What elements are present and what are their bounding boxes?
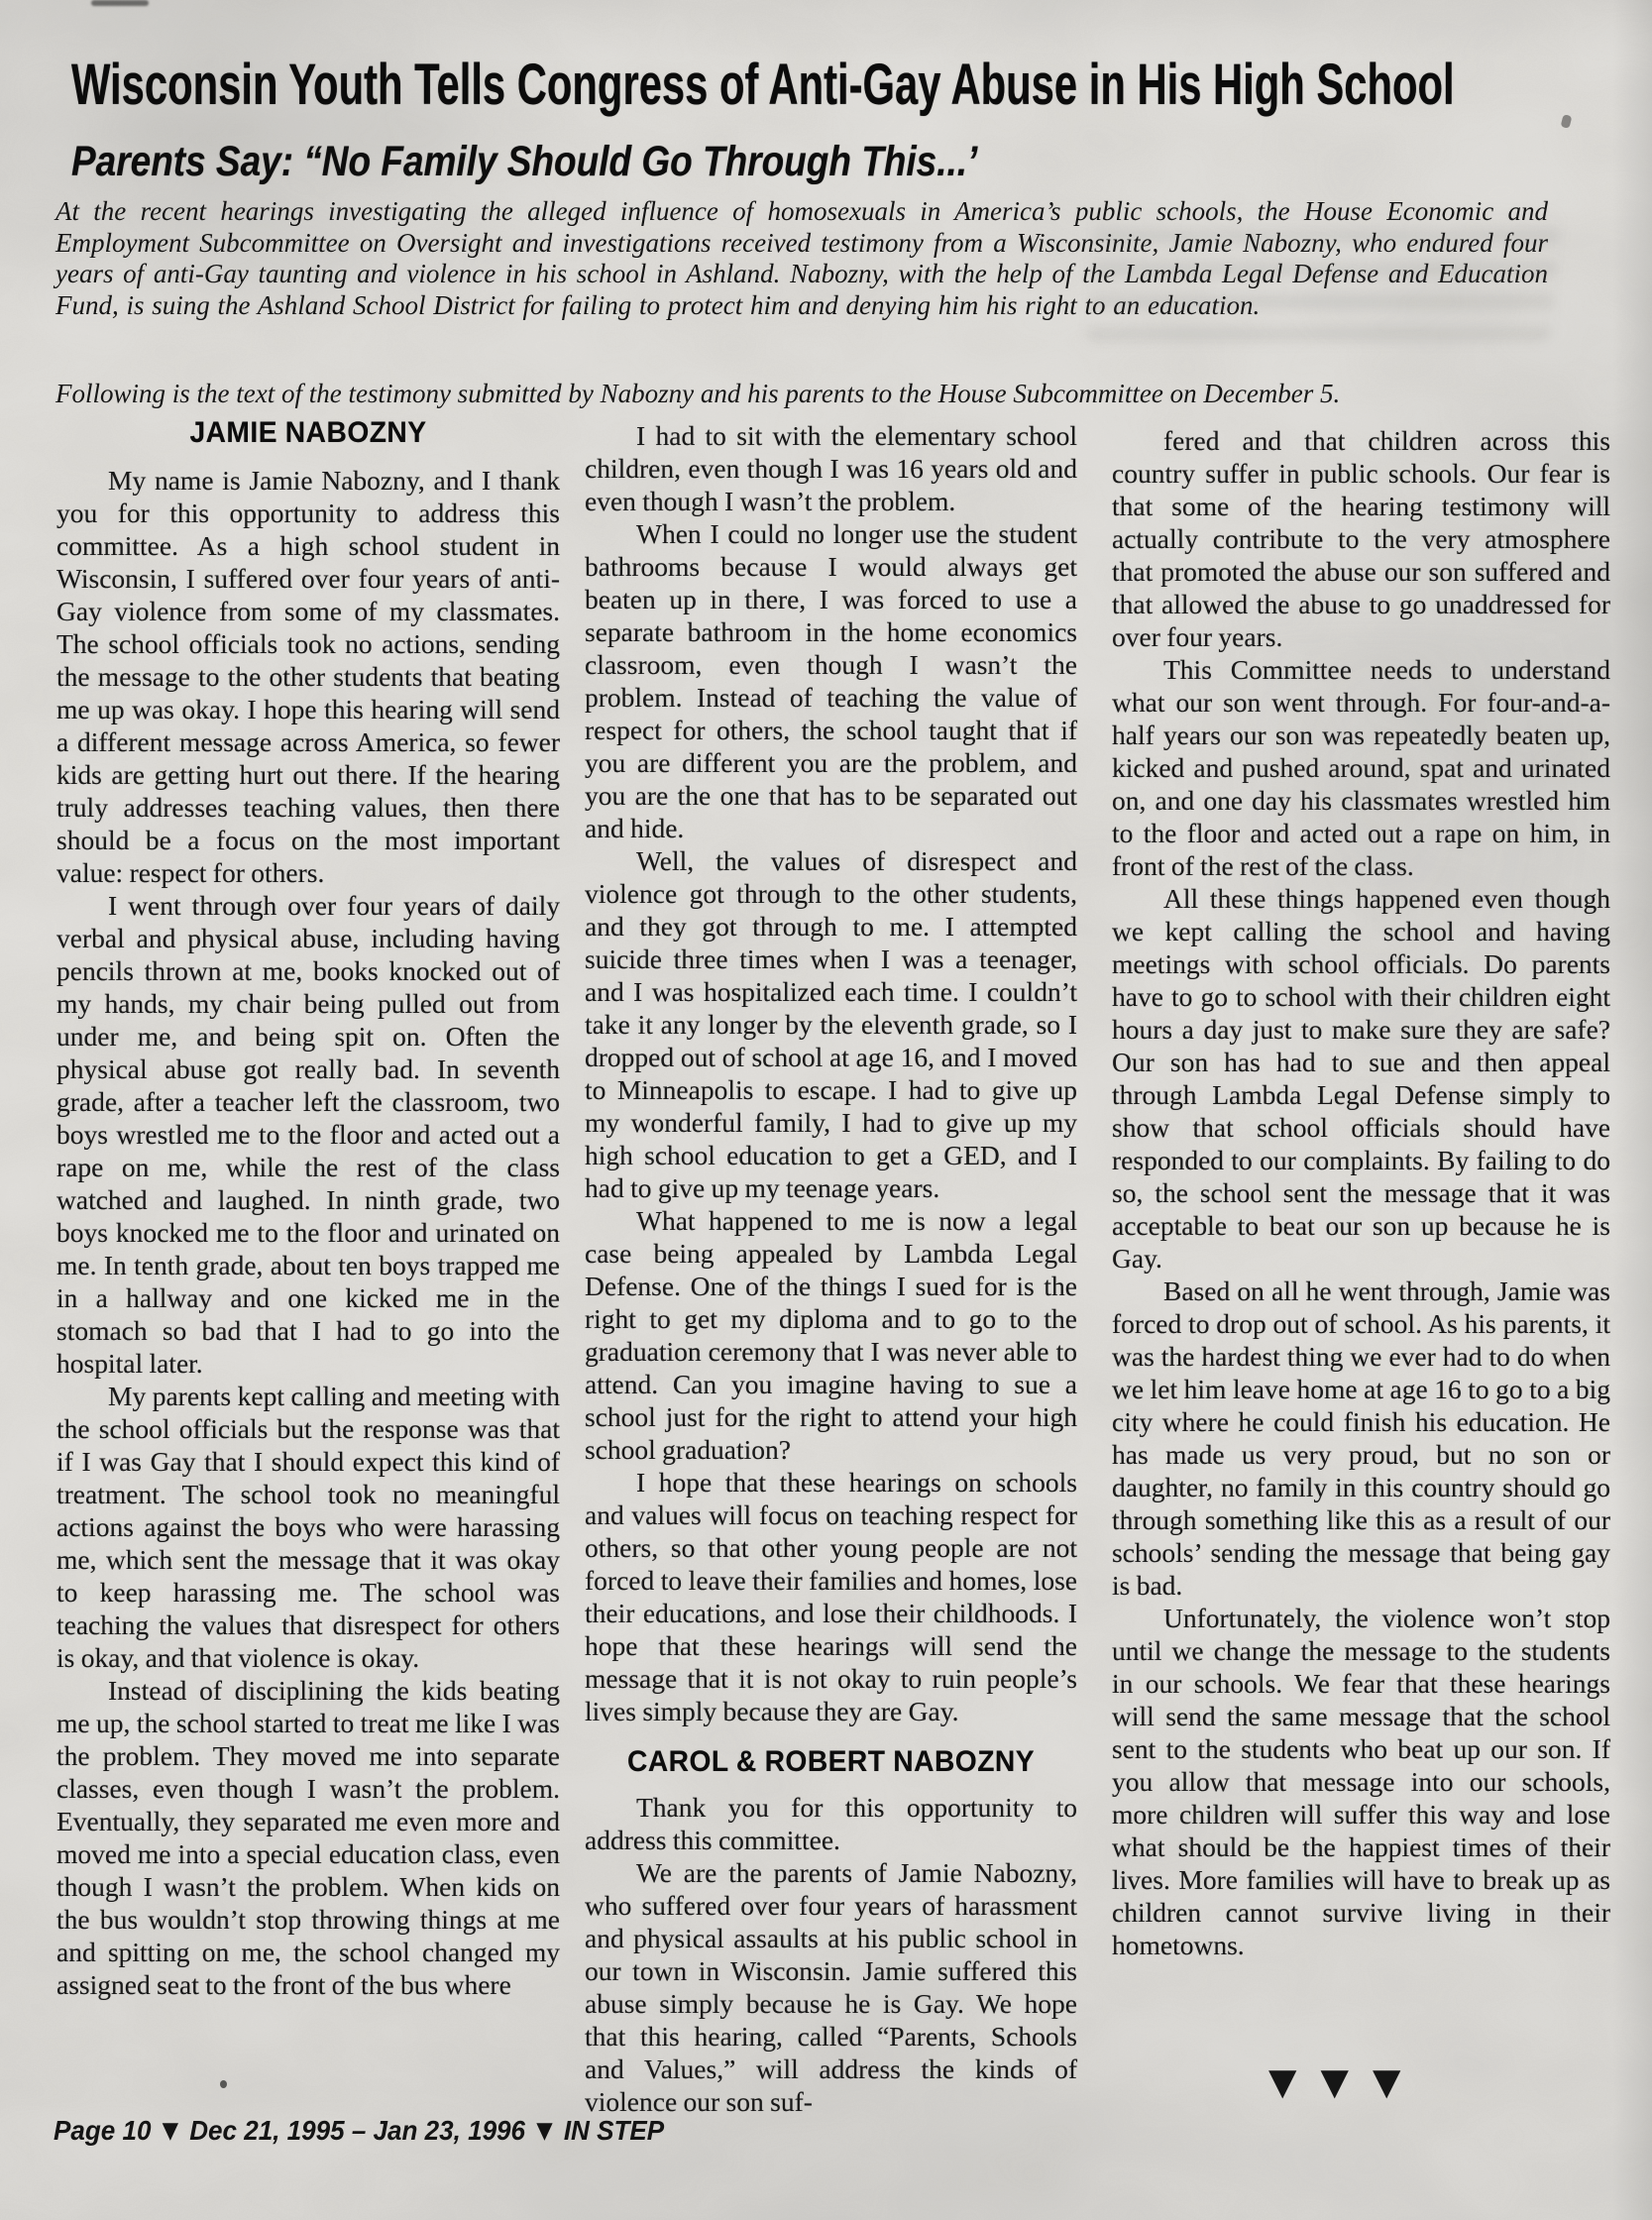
column-1: JAMIE NABOZNY My name is Jamie Nabozny, … [56,416,560,2001]
newspaper-page: Wisconsin Youth Tells Congress of Anti-G… [0,0,1652,2220]
page-number: Page 10 [54,2115,151,2147]
scan-edge-mark [91,0,149,6]
stray-ink-mark [1561,114,1573,129]
article-paragraph: Thank you for this opportunity to addres… [585,1791,1077,1856]
scan-edge-shadow [1612,0,1652,2220]
column-3: fered and that children across this coun… [1112,424,1610,1961]
article-paragraph: Based on all he went through, Jamie was … [1112,1275,1610,1602]
publication-name: IN STEP [564,2115,664,2147]
end-triangle-icon: ▼ [1373,2063,1400,2100]
subheadline: Parents Say: “No Family Should Go Throug… [71,139,977,185]
article-paragraph: Instead of disciplining the kids beating… [56,1674,560,2001]
headline: Wisconsin Youth Tells Congress of Anti-G… [71,55,1455,116]
article-paragraph: Well, the values of disrespect and viole… [585,844,1077,1204]
section-header-jamie: JAMIE NABOZNY [71,416,545,450]
article-paragraph: My name is Jamie Nabozny, and I thank yo… [56,464,560,889]
article-paragraph: All these things happened even though we… [1112,882,1610,1275]
end-triangle-icon: ▼ [1268,2063,1296,2100]
jamie-testimony-continued: I had to sit with the elementary school … [585,419,1077,1727]
ink-dot-artifact [220,2080,227,2088]
article-paragraph: This Committee needs to understand what … [1112,653,1610,882]
parents-testimony: Thank you for this opportunity to addres… [585,1791,1077,2118]
column-2: I had to sit with the elementary school … [585,419,1077,2118]
article-paragraph: What happened to me is now a legal case … [585,1204,1077,1466]
article-paragraph: I went through over four years of daily … [56,889,560,1380]
article-paragraph: My parents kept calling and meeting with… [56,1380,560,1674]
intro-paragraph: At the recent hearings investigating the… [55,196,1548,321]
page-footer: Page 10 ▼ Dec 21, 1995 – Jan 23, 1996 ▼ … [54,2115,664,2147]
article-paragraph: I had to sit with the elementary school … [585,419,1077,517]
article-paragraph: I hope that these hearings on schools an… [585,1466,1077,1727]
section-header-parents: CAROL & ROBERT NABOZNY [600,1745,1062,1779]
article-paragraph: fered and that children across this coun… [1112,424,1610,653]
end-marks: ▼ ▼ ▼ [1268,2063,1400,2100]
issue-dates: Dec 21, 1995 – Jan 23, 1996 [189,2115,525,2147]
jamie-testimony: My name is Jamie Nabozny, and I thank yo… [56,464,560,2001]
article-paragraph: Unfortunately, the violence won’t stop u… [1112,1602,1610,1961]
preface-note: Following is the text of the testimony s… [55,379,1443,409]
article-paragraph: When I could no longer use the student b… [585,517,1077,844]
triangle-separator-icon: ▼ [163,2120,178,2143]
end-triangle-icon: ▼ [1320,2063,1348,2100]
parents-testimony-continued: fered and that children across this coun… [1112,424,1610,1961]
triangle-separator-icon: ▼ [536,2120,552,2143]
article-paragraph: We are the parents of Jamie Nabozny, who… [585,1856,1077,2118]
